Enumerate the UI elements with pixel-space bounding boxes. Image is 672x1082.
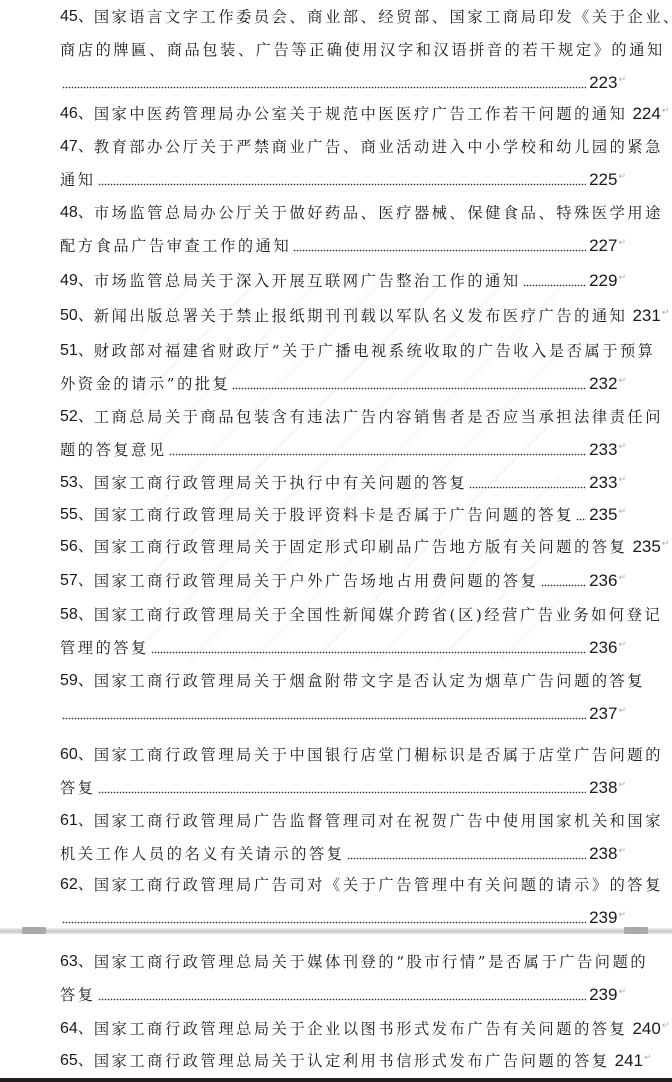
- dot-leader: [576, 517, 586, 521]
- page-number: 236: [589, 637, 617, 659]
- page-number: 237: [589, 703, 617, 725]
- entry-title: 国家工商行政管理局关于烟盒附带文字是否认定为烟草广告问题的答复: [94, 670, 645, 692]
- page-number: 225: [589, 169, 617, 191]
- entry-number: 59、: [60, 670, 94, 692]
- paragraph-mark-icon: ↵: [644, 1047, 652, 1069]
- dot-leader: [62, 716, 586, 720]
- entry-title: 答复: [60, 984, 96, 1006]
- page-number: 229: [589, 270, 617, 292]
- entry-title: 国家语言文字工作委员会、商业部、经贸部、国家工商局印发《关于企业、: [94, 6, 672, 28]
- entry-number: 62、: [60, 874, 94, 896]
- toc-entry-line[interactable]: 53、国家工商行政管理局关于执行中有关问题的答复233↵: [60, 468, 626, 494]
- dot-leader: [169, 452, 586, 456]
- dot-leader: [62, 85, 586, 89]
- dot-leader: [98, 182, 587, 186]
- page-number: 235: [632, 536, 660, 558]
- toc-entry-line[interactable]: 答复238↵: [60, 773, 626, 799]
- entry-number: 60、: [60, 744, 94, 766]
- toc-entry-line[interactable]: 商店的牌匾、商品包装、广告等正确使用汉字和汉语拼音的若干规定》的通知: [60, 35, 626, 61]
- toc-entry-line[interactable]: 50、新闻出版总署关于禁止报纸期刊刊载以军队名义发布医疗广告的通知231↵: [60, 301, 626, 327]
- entry-number: 51、: [60, 340, 94, 362]
- paragraph-mark-icon: ↵: [618, 700, 626, 722]
- paragraph-mark-icon: ↵: [618, 634, 626, 656]
- toc-entry-line[interactable]: 46、国家中医药管理局办公室关于规范中医医疗广告工作若干问题的通知224↵: [60, 99, 626, 125]
- paragraph-mark-icon: ↵: [618, 370, 626, 392]
- toc-entry-line[interactable]: 55、国家工商行政管理局关于股评资料卡是否属于广告问题的答复235↵: [60, 500, 626, 526]
- entry-title: 配方食品广告审查工作的通知: [60, 235, 291, 257]
- toc-entry-line[interactable]: 机关工作人员的名义有关请示的答复238↵: [60, 839, 626, 865]
- page-number: 241: [615, 1050, 643, 1072]
- entry-title: 国家工商行政管理局关于户外广告场地占用费问题的答复: [94, 570, 539, 592]
- entry-number: 47、: [60, 136, 94, 158]
- entry-number: 58、: [60, 604, 94, 626]
- page-break: [0, 928, 672, 934]
- dot-leader: [347, 856, 586, 860]
- toc-entry-line[interactable]: 51、财政部对福建省财政厅“关于广播电视系统收取的广告收入是否属于预算: [60, 336, 626, 362]
- page-number: 231: [632, 305, 660, 327]
- page-number: 227: [589, 235, 617, 257]
- page-number: 235: [589, 504, 617, 526]
- toc-entry-line[interactable]: 配方食品广告审查工作的通知227↵: [60, 231, 626, 257]
- entry-number: 55、: [60, 504, 94, 526]
- entry-title: 机关工作人员的名义有关请示的答复: [60, 843, 345, 865]
- paragraph-mark-icon: ↵: [662, 1015, 670, 1037]
- page-number: 238: [589, 777, 617, 799]
- toc-entry-line[interactable]: 52、工商总局关于商品包装含有违法广告内容销售者是否应当承担法律责任问: [60, 402, 626, 428]
- paragraph-mark-icon: ↵: [618, 904, 626, 926]
- entry-number: 64、: [60, 1018, 94, 1040]
- paragraph-mark-icon: ↵: [618, 840, 626, 862]
- entry-title: 教育部办公厅关于严禁商业广告、商业活动进入中小学校和幼儿园的紧急: [94, 136, 663, 158]
- toc-entry-line[interactable]: 49、市场监管总局关于深入开展互联网广告整治工作的通知229↵: [60, 266, 626, 292]
- page-number: 232: [589, 373, 617, 395]
- entry-title: 商店的牌匾、商品包装、广告等正确使用汉字和汉语拼音的若干规定》的通知: [60, 39, 665, 61]
- entry-number: 49、: [60, 270, 94, 292]
- paragraph-mark-icon: ↵: [662, 100, 670, 122]
- toc-entry-line[interactable]: 48、市场监管总局办公厅关于做好药品、医疗器械、保健食品、特殊医学用途: [60, 198, 626, 224]
- entry-title: 通知: [60, 169, 96, 191]
- entry-title: 国家工商行政管理局广告监督管理司对在祝贺广告中使用国家机关和国家: [94, 810, 663, 832]
- dot-leader: [541, 583, 587, 587]
- toc-entry-line[interactable]: 239↵: [60, 903, 626, 929]
- entry-title: 答复: [60, 777, 96, 799]
- entry-title: 国家工商行政管理局广告司对《关于广告管理中有关问题的请示》的答复: [94, 874, 663, 896]
- entry-title: 国家工商行政管理局关于中国银行店堂门楣标识是否属于店堂广告问题的: [94, 744, 663, 766]
- paragraph-mark-icon: ↵: [618, 267, 626, 289]
- entry-number: 53、: [60, 472, 94, 494]
- paragraph-mark-icon: ↵: [618, 69, 626, 91]
- page-number: 236: [589, 570, 617, 592]
- page-break-handle-right[interactable]: [624, 927, 648, 934]
- toc-entry-line[interactable]: 58、国家工商行政管理局关于全国性新闻媒介跨省(区)经营广告业务如何登记: [60, 600, 626, 626]
- entry-number: 65、: [60, 1050, 94, 1072]
- paragraph-mark-icon: ↵: [618, 232, 626, 254]
- toc-entry-line[interactable]: 223↵: [60, 68, 626, 94]
- bottom-edge: [0, 1078, 672, 1082]
- paragraph-mark-icon: ↵: [618, 567, 626, 589]
- toc-entry-line[interactable]: 56、国家工商行政管理局关于固定形式印刷品广告地方版有关问题的答复235↵: [60, 532, 626, 558]
- entry-title: 新闻出版总署关于禁止报纸期刊刊载以军队名义发布医疗广告的通知: [94, 305, 628, 327]
- entry-title: 题的答复意见: [60, 439, 167, 461]
- page-number: 223: [589, 72, 617, 94]
- dot-leader: [151, 650, 586, 654]
- page-break-handle-left[interactable]: [22, 927, 46, 934]
- toc-entry-line[interactable]: 45、国家语言文字工作委员会、商业部、经贸部、国家工商局印发《关于企业、: [60, 2, 626, 28]
- page-number: 239: [589, 907, 617, 929]
- toc-entry-line[interactable]: 63、国家工商行政管理总局关于媒体刊登的“股市行情”是否属于广告问题的: [60, 947, 626, 973]
- toc-entry-line[interactable]: 答复239↵: [60, 980, 626, 1006]
- toc-entry-line[interactable]: 47、教育部办公厅关于严禁商业广告、商业活动进入中小学校和幼儿园的紧急: [60, 132, 626, 158]
- toc-entry-line[interactable]: 237↵: [60, 699, 626, 725]
- page-number: 224: [632, 103, 660, 125]
- entry-title: 国家工商行政管理局关于全国性新闻媒介跨省(区)经营广告业务如何登记: [94, 604, 662, 626]
- page-number: 233: [589, 472, 617, 494]
- page-number: 238: [589, 843, 617, 865]
- toc-entry-line[interactable]: 59、国家工商行政管理局关于烟盒附带文字是否认定为烟草广告问题的答复: [60, 666, 626, 692]
- toc-entry-line[interactable]: 65、国家工商行政管理总局关于认定利用书信形式发布广告问题的答复241↵: [60, 1046, 626, 1072]
- entry-number: 45、: [60, 6, 94, 28]
- toc-entry-line[interactable]: 管理的答复236↵: [60, 633, 626, 659]
- entry-title: 国家工商行政管理局关于执行中有关问题的答复: [94, 472, 468, 494]
- entry-title: 国家工商行政管理局关于固定形式印刷品广告地方版有关问题的答复: [94, 536, 628, 558]
- entry-title: 市场监管总局关于深入开展互联网广告整治工作的通知: [94, 270, 521, 292]
- dot-leader: [232, 386, 586, 390]
- dot-leader: [469, 485, 586, 489]
- dot-leader: [523, 283, 586, 287]
- entry-number: 52、: [60, 406, 94, 428]
- paragraph-mark-icon: ↵: [618, 501, 626, 523]
- page-number: 239: [589, 984, 617, 1006]
- entry-number: 63、: [60, 951, 94, 973]
- entry-title: 国家工商行政管理总局关于认定利用书信形式发布广告问题的答复: [94, 1050, 610, 1072]
- dot-leader: [62, 920, 586, 924]
- entry-number: 50、: [60, 305, 94, 327]
- paragraph-mark-icon: ↵: [618, 981, 626, 1003]
- toc-entry-line[interactable]: 60、国家工商行政管理局关于中国银行店堂门楣标识是否属于店堂广告问题的: [60, 740, 626, 766]
- entry-title: 国家工商行政管理总局关于媒体刊登的“股市行情”是否属于广告问题的: [94, 951, 648, 973]
- toc-entry-line[interactable]: 题的答复意见233↵: [60, 435, 626, 461]
- toc-entry-line[interactable]: 57、国家工商行政管理局关于户外广告场地占用费问题的答复236↵: [60, 566, 626, 592]
- paragraph-mark-icon: ↵: [618, 166, 626, 188]
- entry-title: 外资金的请示”的批复: [60, 373, 230, 395]
- page-number: 240: [632, 1018, 660, 1040]
- entry-number: 48、: [60, 202, 94, 224]
- entry-title: 管理的答复: [60, 637, 149, 659]
- paragraph-mark-icon: ↵: [662, 533, 670, 555]
- entry-number: 61、: [60, 810, 94, 832]
- entry-title: 国家中医药管理局办公室关于规范中医医疗广告工作若干问题的通知: [94, 103, 628, 125]
- entry-number: 57、: [60, 570, 94, 592]
- dot-leader: [293, 248, 586, 252]
- toc-entry-line[interactable]: 62、国家工商行政管理局广告司对《关于广告管理中有关问题的请示》的答复: [60, 870, 626, 896]
- page-number: 233: [589, 439, 617, 461]
- paragraph-mark-icon: ↵: [618, 774, 626, 796]
- paragraph-mark-icon: ↵: [618, 469, 626, 491]
- entry-number: 46、: [60, 103, 94, 125]
- entry-title: 国家工商行政管理总局关于企业以图书形式发布广告有关问题的答复: [94, 1018, 628, 1040]
- entry-title: 市场监管总局办公厅关于做好药品、医疗器械、保健食品、特殊医学用途: [94, 202, 663, 224]
- paragraph-mark-icon: ↵: [662, 302, 670, 324]
- toc-entry-line[interactable]: 外资金的请示”的批复232↵: [60, 369, 626, 395]
- entry-title: 国家工商行政管理局关于股评资料卡是否属于广告问题的答复: [94, 504, 574, 526]
- dot-leader: [98, 997, 587, 1001]
- paragraph-mark-icon: ↵: [618, 436, 626, 458]
- toc-entry-line[interactable]: 64、国家工商行政管理总局关于企业以图书形式发布广告有关问题的答复240↵: [60, 1014, 626, 1040]
- dot-leader: [98, 790, 587, 794]
- toc-entry-line[interactable]: 通知225↵: [60, 165, 626, 191]
- entry-title: 财政部对福建省财政厅“关于广播电视系统收取的广告收入是否属于预算: [94, 340, 656, 362]
- toc-entry-line[interactable]: 61、国家工商行政管理局广告监督管理司对在祝贺广告中使用国家机关和国家: [60, 806, 626, 832]
- entry-number: 56、: [60, 536, 94, 558]
- entry-title: 工商总局关于商品包装含有违法广告内容销售者是否应当承担法律责任问: [94, 406, 663, 428]
